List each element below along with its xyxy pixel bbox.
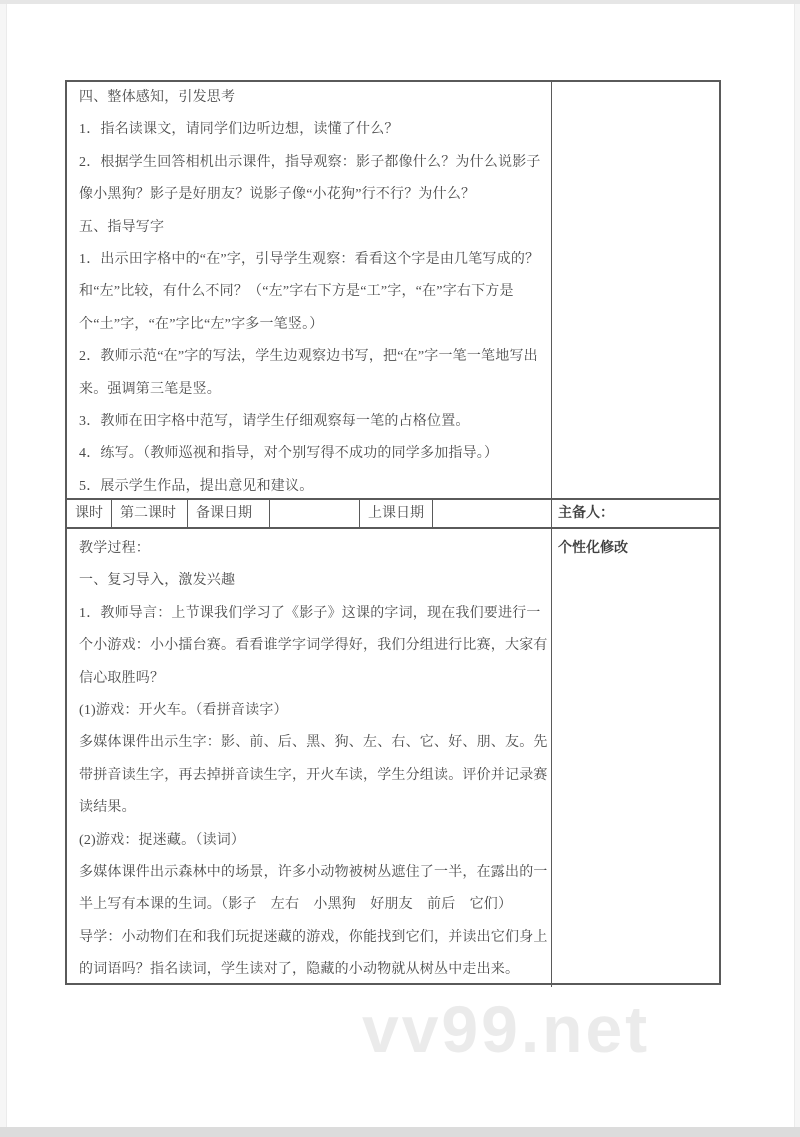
meta-value-teach-date xyxy=(433,500,552,527)
site-watermark: vv99.net xyxy=(362,996,650,1062)
teaching-process-cell: 教学过程： 一、复习导入，激发兴趣 1．教师导言：上节课我们学习了《影子》这课的… xyxy=(67,529,552,987)
section-heading: 一、复习导入，激发兴趣 xyxy=(79,565,549,597)
process-heading: 教学过程： xyxy=(79,533,549,565)
meta-label-class-period: 课时 xyxy=(67,500,112,527)
teaching-steps-cell: 四、整体感知，引发思考 1．指名读课文，请同学们边听边想，读懂了什么？ 2．根据… xyxy=(67,82,552,498)
table-row: 教学过程： 一、复习导入，激发兴趣 1．教师导言：上节课我们学习了《影子》这课的… xyxy=(67,527,719,987)
step-paragraph: 1．指名读课文，请同学们边听边想，读懂了什么？ xyxy=(79,114,549,146)
table-row: 课时 第二课时 备课日期 上课日期 主备人： xyxy=(67,498,719,527)
step-paragraph: 1．教师导言：上节课我们学习了《影子》这课的字词，现在我们要进行一个小游戏：小小… xyxy=(79,598,549,695)
step-paragraph: 5．展示学生作品，提出意见和建议。 xyxy=(79,471,549,498)
page-bottom-edge xyxy=(0,1127,800,1137)
step-paragraph: (1)游戏：开火车。（看拼音读字） xyxy=(79,695,549,727)
step-paragraph: (2)游戏：捉迷藏。（读词） xyxy=(79,825,549,857)
step-paragraph: 多媒体课件出示森林中的场景，许多小动物被树丛遮住了一半，在露出的一半上写有本课的… xyxy=(79,857,549,922)
meta-label-lead-preparer: 主备人： xyxy=(552,500,719,527)
personalized-edits-label: 个性化修改 xyxy=(558,533,719,565)
section-heading: 五、指导写字 xyxy=(79,212,549,244)
lesson-plan-table: 四、整体感知，引发思考 1．指名读课文，请同学们边听边想，读懂了什么？ 2．根据… xyxy=(65,80,721,985)
step-paragraph: 1．出示田字格中的“在”字，引导学生观察：看看这个字是由几笔写成的？和“左”比较… xyxy=(79,244,549,341)
meta-value-class-period: 第二课时 xyxy=(112,500,188,527)
personalized-edits-cell: 个性化修改 xyxy=(552,529,719,987)
step-paragraph: 多媒体课件出示生字：影、前、后、黑、狗、左、右、它、好、朋、友。先带拼音读生字，… xyxy=(79,727,549,824)
table-row: 四、整体感知，引发思考 1．指名读课文，请同学们边听边想，读懂了什么？ 2．根据… xyxy=(67,82,719,498)
step-paragraph: 2．根据学生回答相机出示课件，指导观察：影子都像什么？为什么说影子像小黑狗？影子… xyxy=(79,147,549,212)
side-column-empty-cell xyxy=(552,82,719,498)
meta-label-teach-date: 上课日期 xyxy=(360,500,433,527)
step-paragraph: 3．教师在田字格中范写，请学生仔细观察每一笔的占格位置。 xyxy=(79,406,549,438)
meta-label-prep-date: 备课日期 xyxy=(188,500,270,527)
step-paragraph: 导学：小动物们在和我们玩捉迷藏的游戏，你能找到它们，并读出它们身上的词语吗？指名… xyxy=(79,922,549,987)
section-heading: 四、整体感知，引发思考 xyxy=(79,82,549,114)
step-paragraph: 2．教师示范“在”字的写法，学生边观察边书写，把“在”字一笔一笔地写出来。强调第… xyxy=(79,341,549,406)
step-paragraph: 4．练写。（教师巡视和指导，对个别写得不成功的同学多加指导。） xyxy=(79,438,549,470)
meta-value-prep-date xyxy=(270,500,360,527)
